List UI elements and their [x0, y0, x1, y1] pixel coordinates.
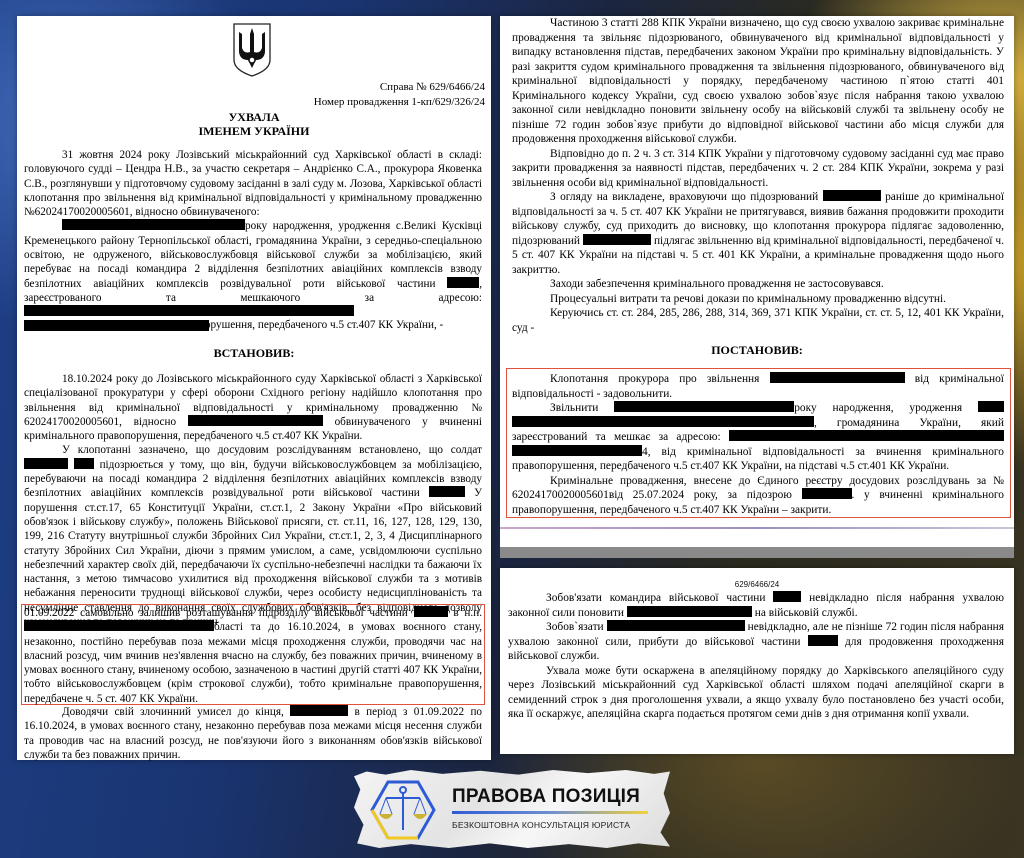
redacted-name [188, 415, 323, 426]
case-number: Справа № 629/6466/24 [40, 80, 485, 96]
brand-subtitle: БЕЗКОШТОВНА КОНСУЛЬТАЦІЯ ЮРИСТА [452, 820, 630, 830]
redacted-name [74, 458, 94, 469]
violation-paragraph: 01.09.2022 самовільно залишив розташуван… [24, 606, 482, 706]
proceeding-number: Номер провадження 1-кп/629/326/24 [40, 95, 485, 111]
intro-paragraph: 31 жовтня 2024 року Лозівський міськрайо… [24, 148, 482, 334]
scales-of-justice-icon [368, 778, 438, 842]
redacted-unit [414, 606, 448, 617]
brand-title: ПРАВОВА ПОЗИЦІЯ [452, 786, 640, 808]
page-bottom-margin [500, 531, 1014, 547]
redacted-name [583, 234, 651, 245]
redacted-name [823, 190, 881, 201]
redacted-unit [447, 277, 479, 288]
redacted-unit [429, 486, 465, 497]
final-orders-paragraphs: Зобов'язати командира військової частини… [508, 591, 1004, 722]
established-paragraphs: 18.10.2024 року до Лозівського міськрайо… [24, 372, 482, 629]
redacted-unit [773, 591, 801, 602]
brand-logo-badge: ПРАВОВА ПОЗИЦІЯ БЕЗКОШТОВНА КОНСУЛЬТАЦІЯ… [354, 770, 670, 848]
redacted-location [24, 620, 214, 631]
redacted-birthplace [978, 401, 1004, 412]
page-header-case-number: 629/6466/24 [500, 580, 1014, 589]
brand-underline [452, 811, 648, 814]
legal-basis-paragraphs: Частиною 3 статті 288 КПК України визнач… [512, 16, 1004, 335]
redacted-name [62, 219, 245, 230]
redacted-name [607, 620, 745, 631]
document-subtitle: ІМЕНЕМ УКРАЇНИ [27, 124, 481, 140]
section-ruled: ПОСТАНОВИВ: [510, 343, 1004, 359]
redacted-name [627, 606, 752, 617]
redacted-address [729, 430, 1004, 441]
redacted-name [614, 401, 794, 412]
redacted-name [802, 488, 852, 499]
redacted-address [24, 305, 354, 316]
redacted-birthplace [512, 416, 814, 427]
redacted-name [770, 372, 905, 383]
intent-paragraph: Доводячи свій злочинний умисел до кінця,… [24, 705, 482, 762]
page-separator-line [500, 527, 1014, 529]
page-break-bar [500, 547, 1014, 558]
redacted-unit [808, 635, 838, 646]
redacted-name [24, 458, 68, 469]
charge-line: у вчиненні кримінального правопорушення,… [24, 318, 464, 334]
section-established: ВСТАНОВИВ: [27, 346, 481, 362]
redacted-address [512, 445, 642, 456]
redacted-name [290, 705, 348, 716]
ruling-paragraphs: Клопотання прокурора про звільнення від … [512, 372, 1004, 517]
coat-of-arms-trident-icon [232, 22, 272, 78]
